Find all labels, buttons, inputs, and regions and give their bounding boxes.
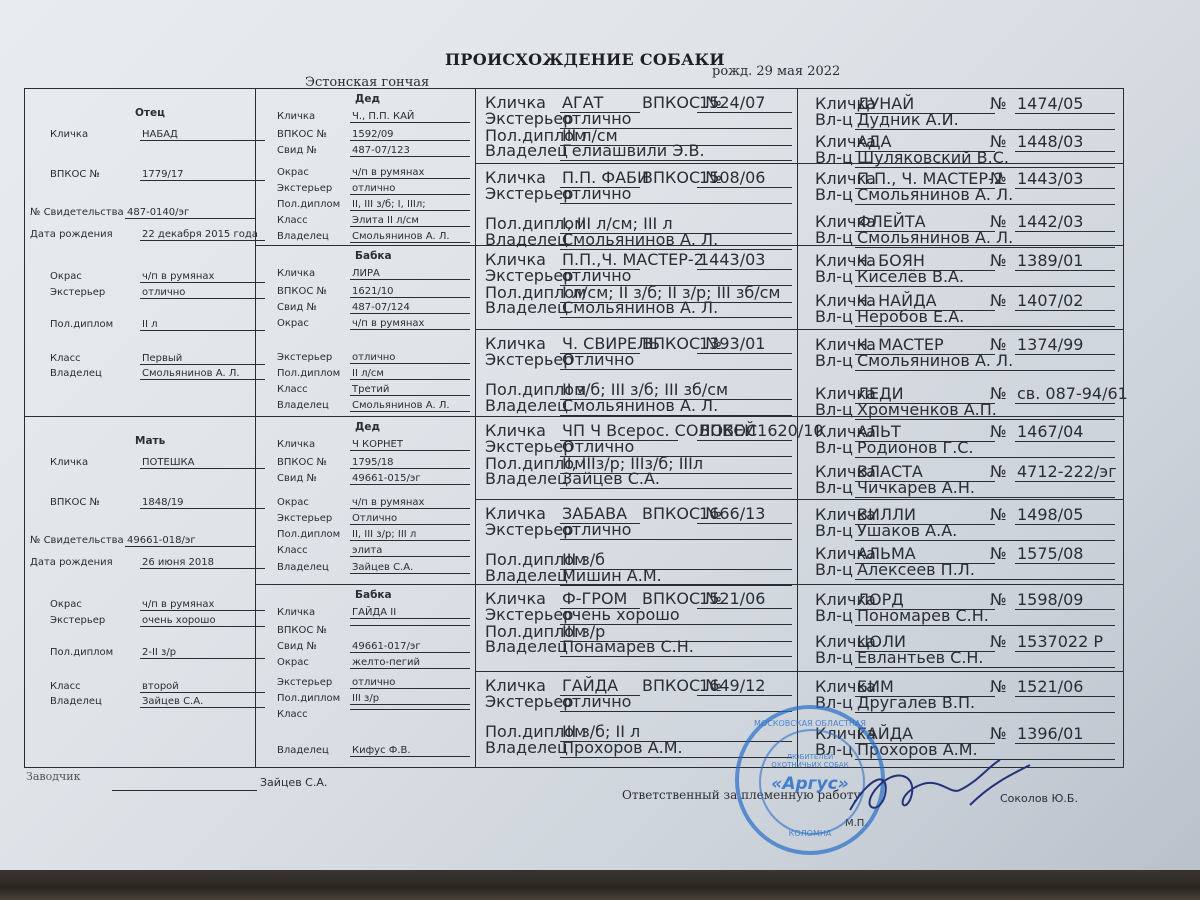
mother_grandfather-class-label: Класс xyxy=(277,545,308,556)
father_grandfather-diploma-label: Пол.диплом xyxy=(277,199,340,210)
father_grandfather-exterior-value: отлично xyxy=(350,183,470,195)
row-divider xyxy=(797,329,1123,330)
mother-vpkos-label: ВПКОС № xyxy=(50,497,100,508)
row-divider xyxy=(797,499,1123,500)
father_grandmother-vpkos-value: 1621/10 xyxy=(350,286,470,298)
father_grandmother-svid-value: 487-07/124 xyxy=(350,302,470,314)
father_grandmother-color-value: ч/п в румянах xyxy=(350,318,470,330)
mother_grandfather-owner-value: Зайцев С.А. xyxy=(350,562,470,574)
father-diploma-label: Пол.диплом xyxy=(50,319,113,330)
row-divider xyxy=(797,245,1123,246)
father_grandfather-svid-label: Свид № xyxy=(277,145,317,156)
father_grandmother-color-label: Окрас xyxy=(277,318,309,329)
gg-owner-label: Владелец xyxy=(485,566,568,585)
row-divider xyxy=(255,245,475,246)
mother_grandmother-diploma-value: III з/р xyxy=(350,693,470,705)
mother-name-label: Кличка xyxy=(50,457,88,468)
mother_grandmother-color-value: желто-пегий xyxy=(350,657,470,669)
stamp-top-text: МОСКОВСКАЯ ОБЛАСТНАЯ xyxy=(739,719,881,728)
row-divider xyxy=(797,163,1123,164)
breeder-name: Зайцев С.А. xyxy=(260,776,327,789)
father_grandfather-owner-label: Владелец xyxy=(277,231,329,242)
ggg-owner-value: Хромченков А.П. xyxy=(855,400,1115,420)
column-divider xyxy=(475,89,476,767)
father-exterior-label: Экстерьер xyxy=(50,287,105,298)
gg-owner-value: Мишин А.М. xyxy=(560,566,792,586)
father_grandmother-name-label: Кличка xyxy=(277,268,315,279)
mother_grandfather-name-label: Кличка xyxy=(277,439,315,450)
ggg-owner-value: Евлантьев С.Н. xyxy=(855,648,1115,668)
gg-owner-label: Владелец xyxy=(485,141,568,160)
ggg-owner-value: Алексеев П.Л. xyxy=(855,560,1115,580)
mother_grandmother-vpkos-value xyxy=(350,625,470,626)
gg-owner-label: Владелец xyxy=(485,637,568,656)
father-name-label: Кличка xyxy=(50,129,88,140)
mother_grandfather-exterior-value: Отлично xyxy=(350,513,470,525)
mother_grandmother-name-label: Кличка xyxy=(277,607,315,618)
father-vpkos-label: ВПКОС № xyxy=(50,169,100,180)
father-exterior-value: отлично xyxy=(140,287,265,299)
mother_grandmother-class-value xyxy=(350,709,470,710)
row-divider xyxy=(475,499,797,500)
mother_grandmother-owner-value: Кифус Ф.В. xyxy=(350,745,470,757)
father_grandmother-exterior-value: отлично xyxy=(350,352,470,364)
mother-cert-value: 49661-018/эг xyxy=(125,535,255,547)
row-divider xyxy=(797,671,1123,672)
gg-owner-label: Владелец xyxy=(485,298,568,317)
document-title: ПРОИСХОЖДЕНИЕ СОБАКИ xyxy=(445,50,725,69)
column-divider xyxy=(255,89,256,767)
father-name-value: НАБАД xyxy=(140,129,265,141)
father-class-label: Класс xyxy=(50,353,81,364)
father_grandmother-owner-label: Владелец xyxy=(277,400,329,411)
mother_grandmother-name-value: ГАЙДА II xyxy=(350,607,470,619)
father-vpkos-value: 1779/17 xyxy=(140,169,265,181)
breeder-signature-line xyxy=(112,776,257,791)
ggg-owner-value: Шуляковский В.С. xyxy=(855,148,1115,168)
ggg-owner-label: Вл-ц xyxy=(815,110,853,129)
mother_grandmother-exterior-label: Экстерьер xyxy=(277,677,332,688)
mother_grandfather-diploma-value: II, III з/р; III л xyxy=(350,529,470,541)
ggg-owner-label: Вл-ц xyxy=(815,185,853,204)
father-owner-label: Владелец xyxy=(50,368,102,379)
ggg-owner-label: Вл-ц xyxy=(815,267,853,286)
father_grandfather-color-value: ч/п в румянах xyxy=(350,167,470,179)
row-divider xyxy=(475,671,797,672)
gg-exterior-value: отлично xyxy=(560,520,792,540)
father_grandmother-owner-value: Смольянинов А. Л. xyxy=(350,400,470,412)
mother_grandmother-exterior-value: отлично xyxy=(350,677,470,689)
ggg-owner-value: Смольянинов А. Л. xyxy=(855,185,1115,205)
gg-owner-value: Смольянинов А. Л. xyxy=(560,298,792,318)
mother_grandmother-svid-label: Свид № xyxy=(277,641,317,652)
father_grandmother-vpkos-label: ВПКОС № xyxy=(277,286,327,297)
mother-exterior-label: Экстерьер xyxy=(50,615,105,626)
ggg-owner-label: Вл-ц xyxy=(815,307,853,326)
gg-owner-label: Владелец xyxy=(485,469,568,488)
mother-exterior-value: очень хорошо xyxy=(140,615,265,627)
gg-exterior-value: отлично xyxy=(560,184,792,204)
gg-owner-label: Владелец xyxy=(485,396,568,415)
gg-owner-value: Понамарев С.Н. xyxy=(560,637,792,657)
father_grandmother-diploma-value: II л/см xyxy=(350,368,470,380)
father-class-value: Первый xyxy=(140,353,265,365)
gg-owner-value: Смольянинов А. Л. xyxy=(560,396,792,416)
mother-color-value: ч/п в румянах xyxy=(140,599,265,611)
ggg-owner-label: Вл-ц xyxy=(815,606,853,625)
ggg-owner-value: Киселёв В.А. xyxy=(855,267,1115,287)
mother_grandmother-diploma-label: Пол.диплом xyxy=(277,693,340,704)
mother_grandfather-owner-label: Владелец xyxy=(277,562,329,573)
father_grandfather-vpkos-value: 1592/09 xyxy=(350,129,470,141)
gg-owner-value: Гелиашвили Э.В. xyxy=(560,141,792,161)
mother_grandmother-svid-value: 49661-017/эг xyxy=(350,641,470,653)
father-cert-label: № Свидетельства xyxy=(30,207,124,218)
mother-class-label: Класс xyxy=(50,681,81,692)
mother_grandfather-class-value: элита xyxy=(350,545,470,557)
father_grandfather-diploma-value: II, III з/б; I, IIIл; xyxy=(350,199,470,211)
mother_grandfather-exterior-label: Экстерьер xyxy=(277,513,332,524)
ggg-owner-value: Чичкарев А.Н. xyxy=(855,478,1115,498)
gg-owner-value: Зайцев С.А. xyxy=(560,469,792,489)
gg-owner-label: Владелец xyxy=(485,738,568,757)
father-color-label: Окрас xyxy=(50,271,82,282)
row-divider xyxy=(255,584,475,585)
gg-exterior-value: отлично xyxy=(560,692,792,712)
ggg-owner-label: Вл-ц xyxy=(815,438,853,457)
mother_grandmother-color-label: Окрас xyxy=(277,657,309,668)
mother_grandmother-owner-label: Владелец xyxy=(277,745,329,756)
mother_grandfather-diploma-label: Пол.диплом xyxy=(277,529,340,540)
father_grandmother-svid-label: Свид № xyxy=(277,302,317,313)
mother_grandfather-svid-value: 49661-015/эг xyxy=(350,473,470,485)
mother-birth_date-label: Дата рождения xyxy=(30,557,113,568)
table-surface-edge xyxy=(0,870,1200,900)
mother-owner-value: Зайцев С.А. xyxy=(140,696,265,708)
mother_grandmother-class-label: Класс xyxy=(277,709,308,720)
father_grandfather-exterior-label: Экстерьер xyxy=(277,183,332,194)
ggg-owner-value: Родионов Г.С. xyxy=(855,438,1115,458)
father_grandmother-diploma-label: Пол.диплом xyxy=(277,368,340,379)
father_grandfather-class-value: Элита II л/см xyxy=(350,215,470,227)
mother-vpkos-value: 1848/19 xyxy=(140,497,265,509)
ggg-owner-label: Вл-ц xyxy=(815,521,853,540)
row-divider xyxy=(797,584,1123,585)
mother-owner-label: Владелец xyxy=(50,696,102,707)
ggg-owner-label: Вл-ц xyxy=(815,648,853,667)
father-cert-value: 487-0140/эг xyxy=(125,207,255,219)
father-header: Отец xyxy=(135,107,165,119)
mother-diploma-label: Пол.диплом xyxy=(50,647,113,658)
mother-name-value: ПОТЕШКА xyxy=(140,457,265,469)
mother-class-value: второй xyxy=(140,681,265,693)
father_grandmother-class-value: Третий xyxy=(350,384,470,396)
father_grandfather-vpkos-label: ВПКОС № xyxy=(277,129,327,140)
mother_grandfather-color-value: ч/п в румянах xyxy=(350,497,470,509)
row-divider xyxy=(797,416,1123,417)
ggg-owner-value: Другалев В.П. xyxy=(855,693,1115,713)
father_grandmother-name-value: ЛИРА xyxy=(350,268,470,280)
father_grandfather-class-label: Класс xyxy=(277,215,308,226)
ggg-owner-value: Смольянинов А. Л. xyxy=(855,351,1115,371)
mother-birth_date-value: 26 июня 2018 xyxy=(140,557,265,569)
gg-owner-label: Владелец xyxy=(485,230,568,249)
father_grandfather-owner-value: Смольянинов А. Л. xyxy=(350,231,470,243)
mother_grandmother-header: Бабка xyxy=(355,589,392,601)
mother_grandfather-vpkos-label: ВПКОС № xyxy=(277,457,327,468)
breeder-label: Заводчик xyxy=(26,770,80,783)
mother_grandfather-header: Дед xyxy=(355,421,380,433)
birth-date-label: рожд. 29 мая 2022 xyxy=(712,64,840,79)
father_grandmother-class-label: Класс xyxy=(277,384,308,395)
father_grandfather-color-label: Окрас xyxy=(277,167,309,178)
father_grandfather-header: Дед xyxy=(355,93,380,105)
father_grandmother-header: Бабка xyxy=(355,250,392,262)
ggg-owner-value: Дудник А.И. xyxy=(855,110,1115,130)
father-birth_date-value: 22 декабря 2015 года xyxy=(140,229,265,241)
mother-diploma-value: 2-II з/р xyxy=(140,647,265,659)
father-diploma-value: II л xyxy=(140,319,265,331)
father_grandfather-svid-value: 487-07/123 xyxy=(350,145,470,157)
mother_grandfather-color-label: Окрас xyxy=(277,497,309,508)
row-divider xyxy=(475,163,797,164)
row-divider xyxy=(475,329,797,330)
stamp-bottom-text: КОЛОМНА xyxy=(739,829,881,838)
gg-exterior-value: Отлично xyxy=(560,350,792,370)
ggg-owner-label: Вл-ц xyxy=(815,560,853,579)
ggg-owner-value: Пономарев С.Н. xyxy=(855,606,1115,626)
father_grandfather-name-label: Кличка xyxy=(277,111,315,122)
gg-owner-value: Смольянинов А. Л. xyxy=(560,230,792,250)
father-color-value: ч/п в румянах xyxy=(140,271,265,283)
ggg-owner-label: Вл-ц xyxy=(815,351,853,370)
ggg-owner-label: Вл-ц xyxy=(815,478,853,497)
ggg-owner-label: Вл-ц xyxy=(815,148,853,167)
mother-color-label: Окрас xyxy=(50,599,82,610)
mother-header: Мать xyxy=(135,435,165,447)
mother_grandfather-name-value: Ч КОРНЕТ xyxy=(350,439,470,451)
mother_grandfather-vpkos-value: 1795/18 xyxy=(350,457,470,469)
father_grandmother-exterior-label: Экстерьер xyxy=(277,352,332,363)
mother_grandfather-svid-label: Свид № xyxy=(277,473,317,484)
ggg-owner-value: Неробов Е.А. xyxy=(855,307,1115,327)
father-birth_date-label: Дата рождения xyxy=(30,229,113,240)
signature xyxy=(840,755,1040,825)
mother_grandmother-vpkos-label: ВПКОС № xyxy=(277,625,327,636)
pedigree-table: ОтецКличкаНАБАДВПКОС №1779/17№ Свидетель… xyxy=(24,88,1124,768)
mother-cert-label: № Свидетельства xyxy=(30,535,124,546)
ggg-owner-value: Ушаков А.А. xyxy=(855,521,1115,541)
father-owner-value: Смольянинов А. Л. xyxy=(140,368,265,380)
father_grandfather-name-value: Ч., П.П. КАЙ xyxy=(350,111,470,123)
